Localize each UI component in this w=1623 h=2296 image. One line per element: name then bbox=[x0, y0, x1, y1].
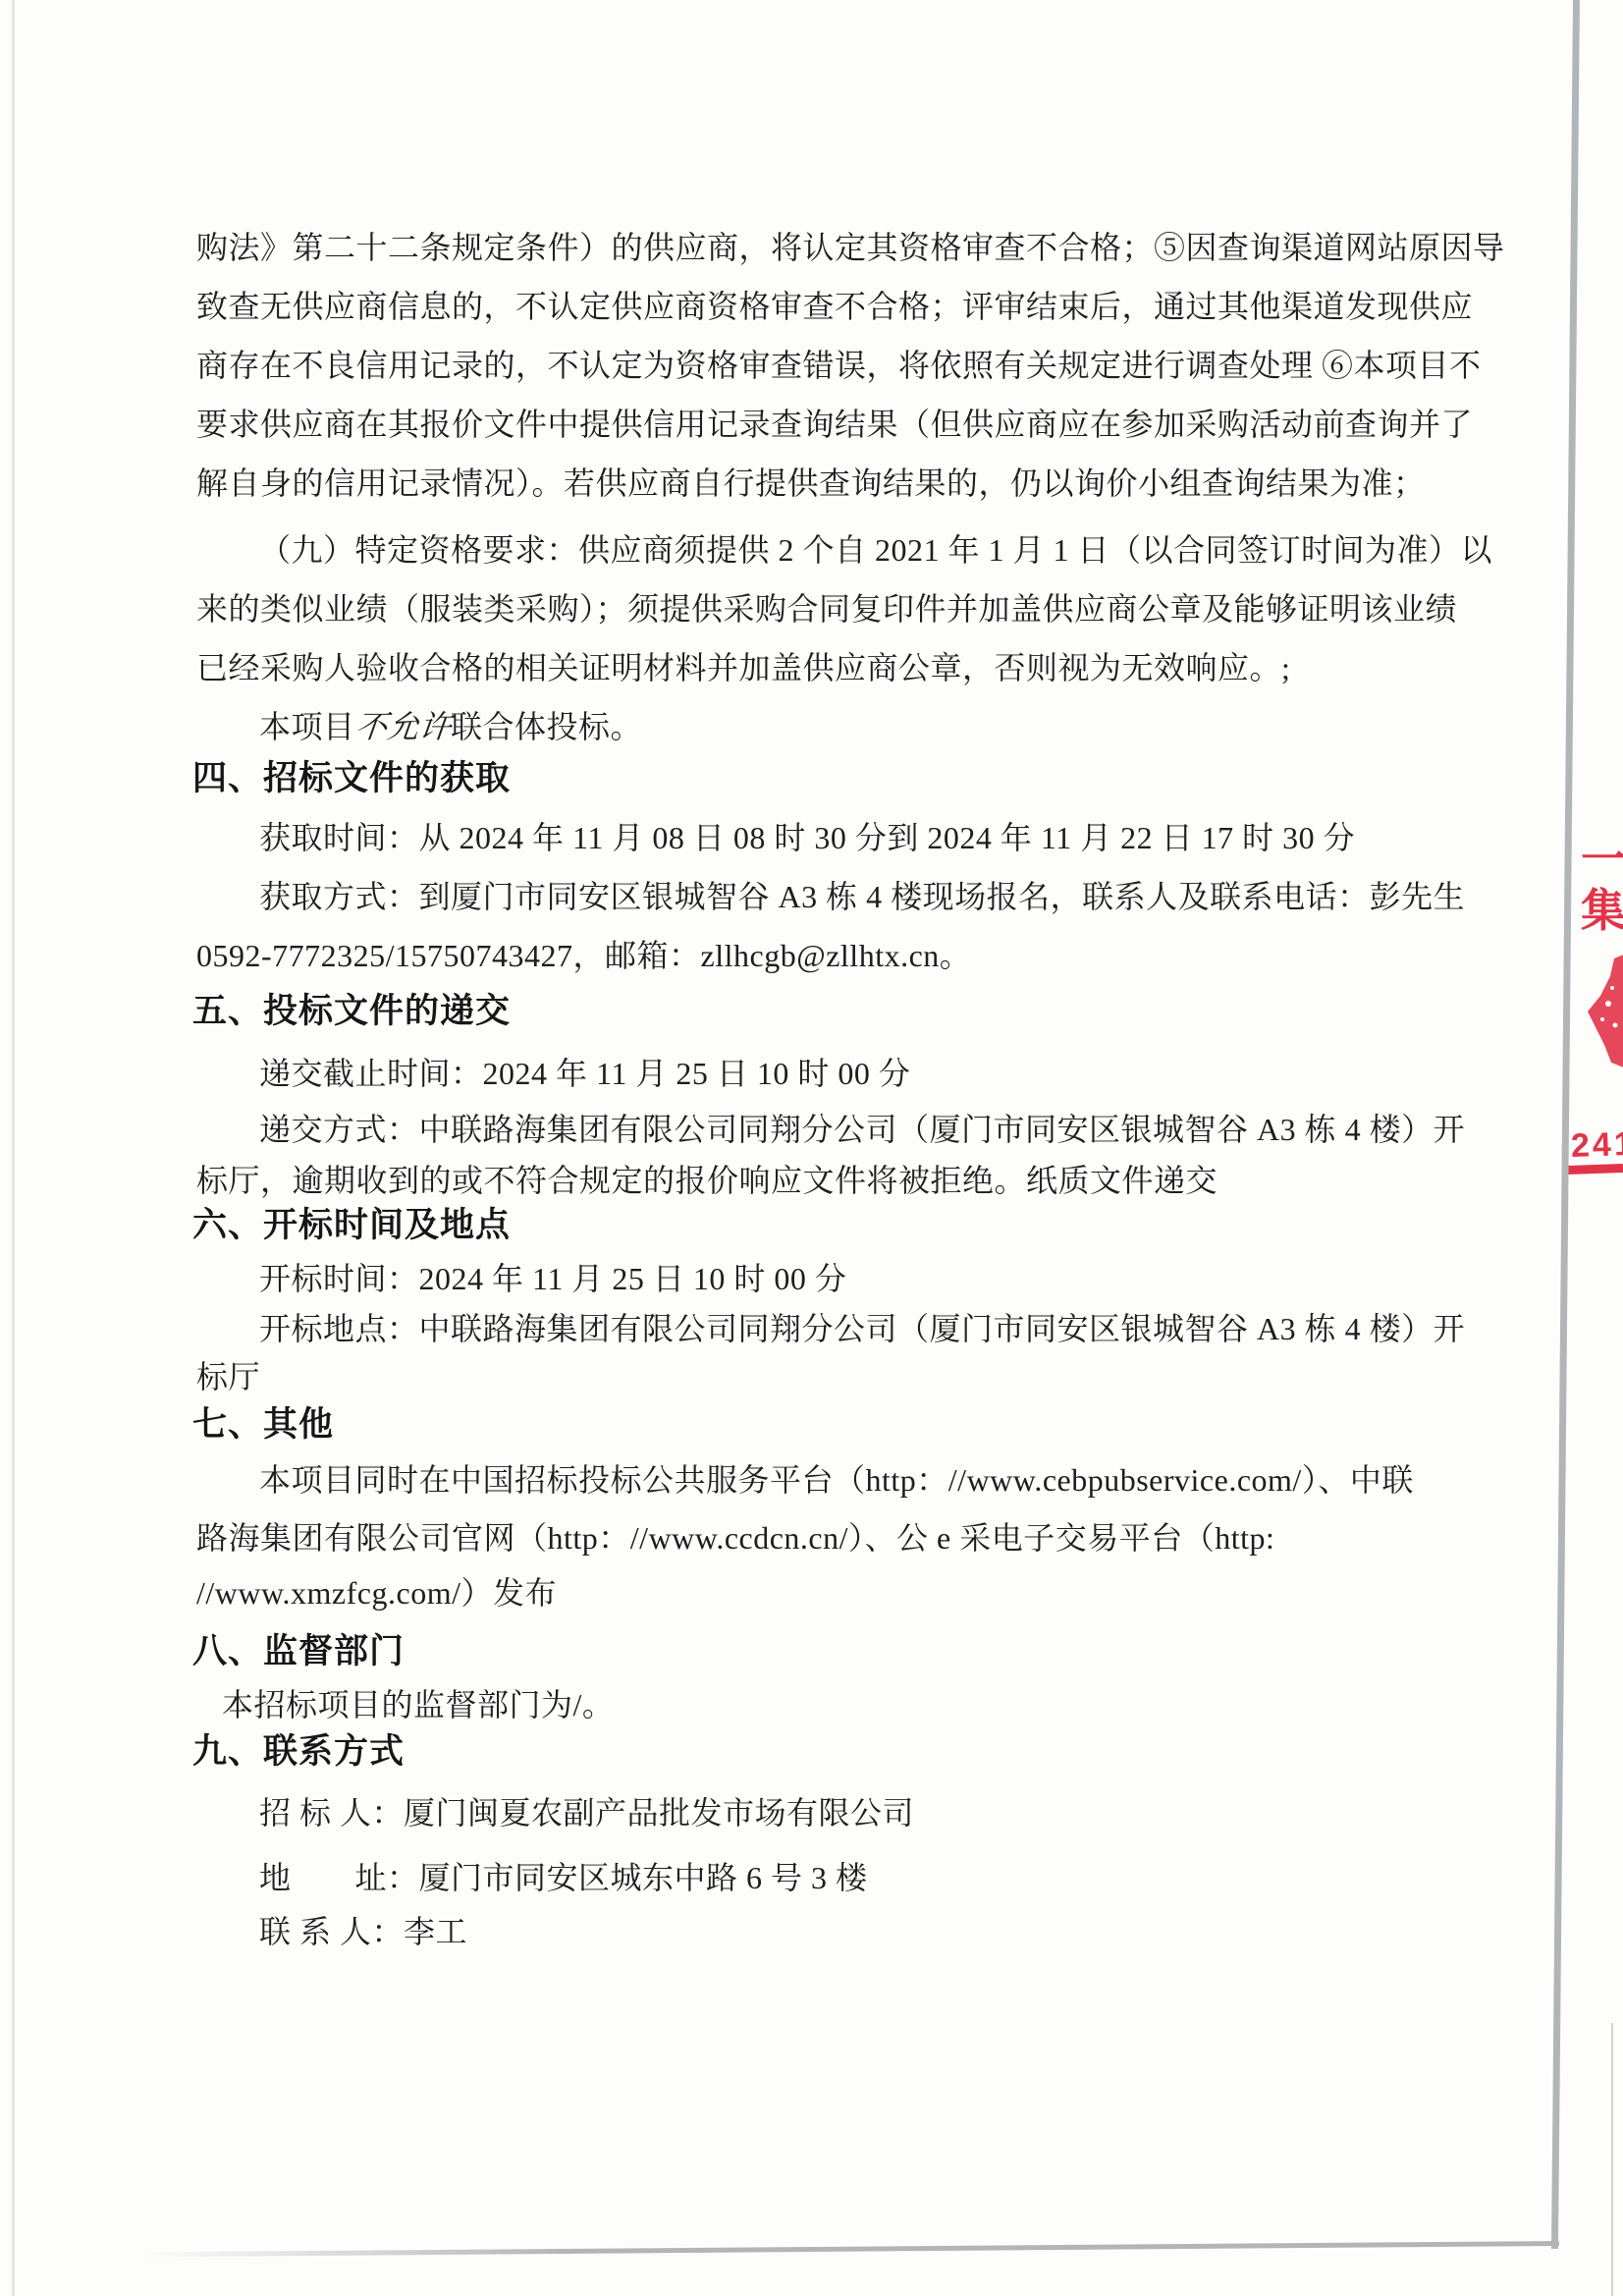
paragraph-line: 来的类似业绩（服装类采购）；须提供采购合同复印件并加盖供应商公章及能够证明该业绩 bbox=[196, 579, 1105, 638]
publish-platforms-line-2: 路海集团有限公司官网（http：//www.ccdcn.cn/）、公 e 采电子… bbox=[196, 1508, 1105, 1567]
publish-platforms-line-3: //www.xmzfcg.com/）发布 bbox=[196, 1563, 1105, 1622]
joint-bid-line: 本项目不允许联合体投标。 bbox=[196, 697, 1167, 756]
margin-page-number: 241 bbox=[1570, 1124, 1623, 1166]
section-heading-others: 七、其他 bbox=[192, 1395, 334, 1454]
red-seal-fragment-icon bbox=[1585, 955, 1623, 1067]
paragraph-line: 已经采购人验收合格的相关证明材料并加盖供应商公章，否则视为无效响应。; bbox=[196, 638, 1105, 697]
publish-platforms-line: 本项目同时在中国招标投标公共服务平台（http：//www.cebpubserv… bbox=[196, 1450, 1167, 1509]
submission-method-line: 递交方式：中联路海集团有限公司同翔分公司（厦门市同安区银城智谷 A3 栋 4 楼… bbox=[196, 1100, 1167, 1159]
paragraph-line: 解自身的信用记录情况）。若供应商自行提供查询结果的，仍以询价小组查询结果为准； bbox=[196, 454, 1105, 513]
obtain-method-line: 获取方式：到厦门市同安区银城智谷 A3 栋 4 楼现场报名，联系人及联系电话：彭… bbox=[196, 867, 1167, 926]
binding-label-text: 一 集 bbox=[1581, 835, 1623, 937]
scanned-document-page: 购法》第二十二条规定条件）的供应商，将认定其资格审查不合格；⑤因查询渠道网站原因… bbox=[0, 0, 1623, 2296]
paragraph-line: （九）特定资格要求：供应商须提供 2 个自 2021 年 1 月 1 日（以合同… bbox=[196, 520, 1167, 579]
joint-bid-emphasis: 不允许 bbox=[352, 697, 454, 756]
contact-person-line: 联 系 人：李工 bbox=[196, 1902, 1167, 1961]
section-heading-bid-opening: 六、开标时间及地点 bbox=[192, 1196, 511, 1255]
address-line: 地 址：厦门市同安区城东中路 6 号 3 楼 bbox=[196, 1848, 1167, 1907]
binding-char: 一 bbox=[1581, 835, 1623, 886]
section-heading-bid-submission: 五、投标文件的递交 bbox=[192, 982, 511, 1041]
margin-page-number-underline bbox=[1568, 1164, 1623, 1175]
joint-bid-suffix: 联合体投标。 bbox=[451, 709, 642, 744]
section-heading-supervision: 八、监督部门 bbox=[192, 1622, 405, 1681]
paragraph-line: 要求供应商在其报价文件中提供信用记录查询结果（但供应商应在参加采购活动前查询并了 bbox=[196, 395, 1105, 454]
contact-phone-email-line: 0592-7772325/15750743427，邮箱：zllhcgb@zllh… bbox=[196, 926, 1105, 985]
section-heading-contact: 九、联系方式 bbox=[192, 1722, 405, 1781]
bottom-paper-edge-line bbox=[137, 2241, 1559, 2257]
paragraph-line: 购法》第二十二条规定条件）的供应商，将认定其资格审查不合格；⑤因查询渠道网站原因… bbox=[196, 218, 1105, 277]
binding-char: 集 bbox=[1581, 886, 1623, 937]
right-paper-edge-line bbox=[1551, 0, 1580, 2249]
tenderer-line: 招 标 人：厦门闽夏农副产品批发市场有限公司 bbox=[196, 1783, 1167, 1842]
left-paper-edge-line bbox=[12, 0, 15, 2296]
section-heading-obtain-documents: 四、招标文件的获取 bbox=[192, 749, 511, 808]
outer-scan-edge-line bbox=[1611, 2023, 1613, 2296]
obtain-time-line: 获取时间：从 2024 年 11 月 08 日 08 时 30 分到 2024 … bbox=[196, 808, 1167, 867]
paragraph-line: 商存在不良信用记录的，不认定为资格审查错误，将依照有关规定进行调查处理 ⑥本项目… bbox=[196, 336, 1105, 395]
submission-deadline-line: 递交截止时间：2024 年 11 月 25 日 10 时 00 分 bbox=[196, 1044, 1167, 1103]
paragraph-line: 致查无供应商信息的，不认定供应商资格审查不合格；评审结束后，通过其他渠道发现供应 bbox=[196, 277, 1105, 336]
joint-bid-prefix: 本项目 bbox=[259, 709, 355, 744]
